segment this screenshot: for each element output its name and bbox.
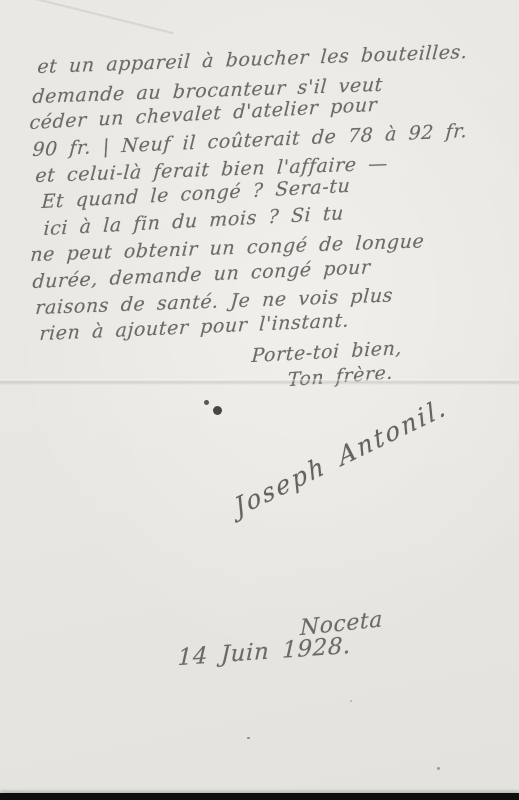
paper-speck (437, 767, 440, 770)
handwritten-line: et un appareil à boucher les bouteilles. (37, 43, 469, 77)
signature: Joseph Antonil. (232, 393, 450, 520)
paper-speck (350, 700, 352, 702)
corner-crease (28, 0, 174, 34)
fold-crease (0, 379, 519, 385)
letter-page: et un appareil à boucher les bouteilles.… (0, 0, 519, 800)
paper-speck (247, 737, 250, 739)
letter-signoff: Ton frère. (287, 364, 393, 390)
ink-dot (213, 406, 222, 415)
ink-dot (204, 400, 209, 405)
scan-bottom-edge (0, 793, 519, 800)
letter-date: 14 Juin 1928. (177, 635, 351, 670)
